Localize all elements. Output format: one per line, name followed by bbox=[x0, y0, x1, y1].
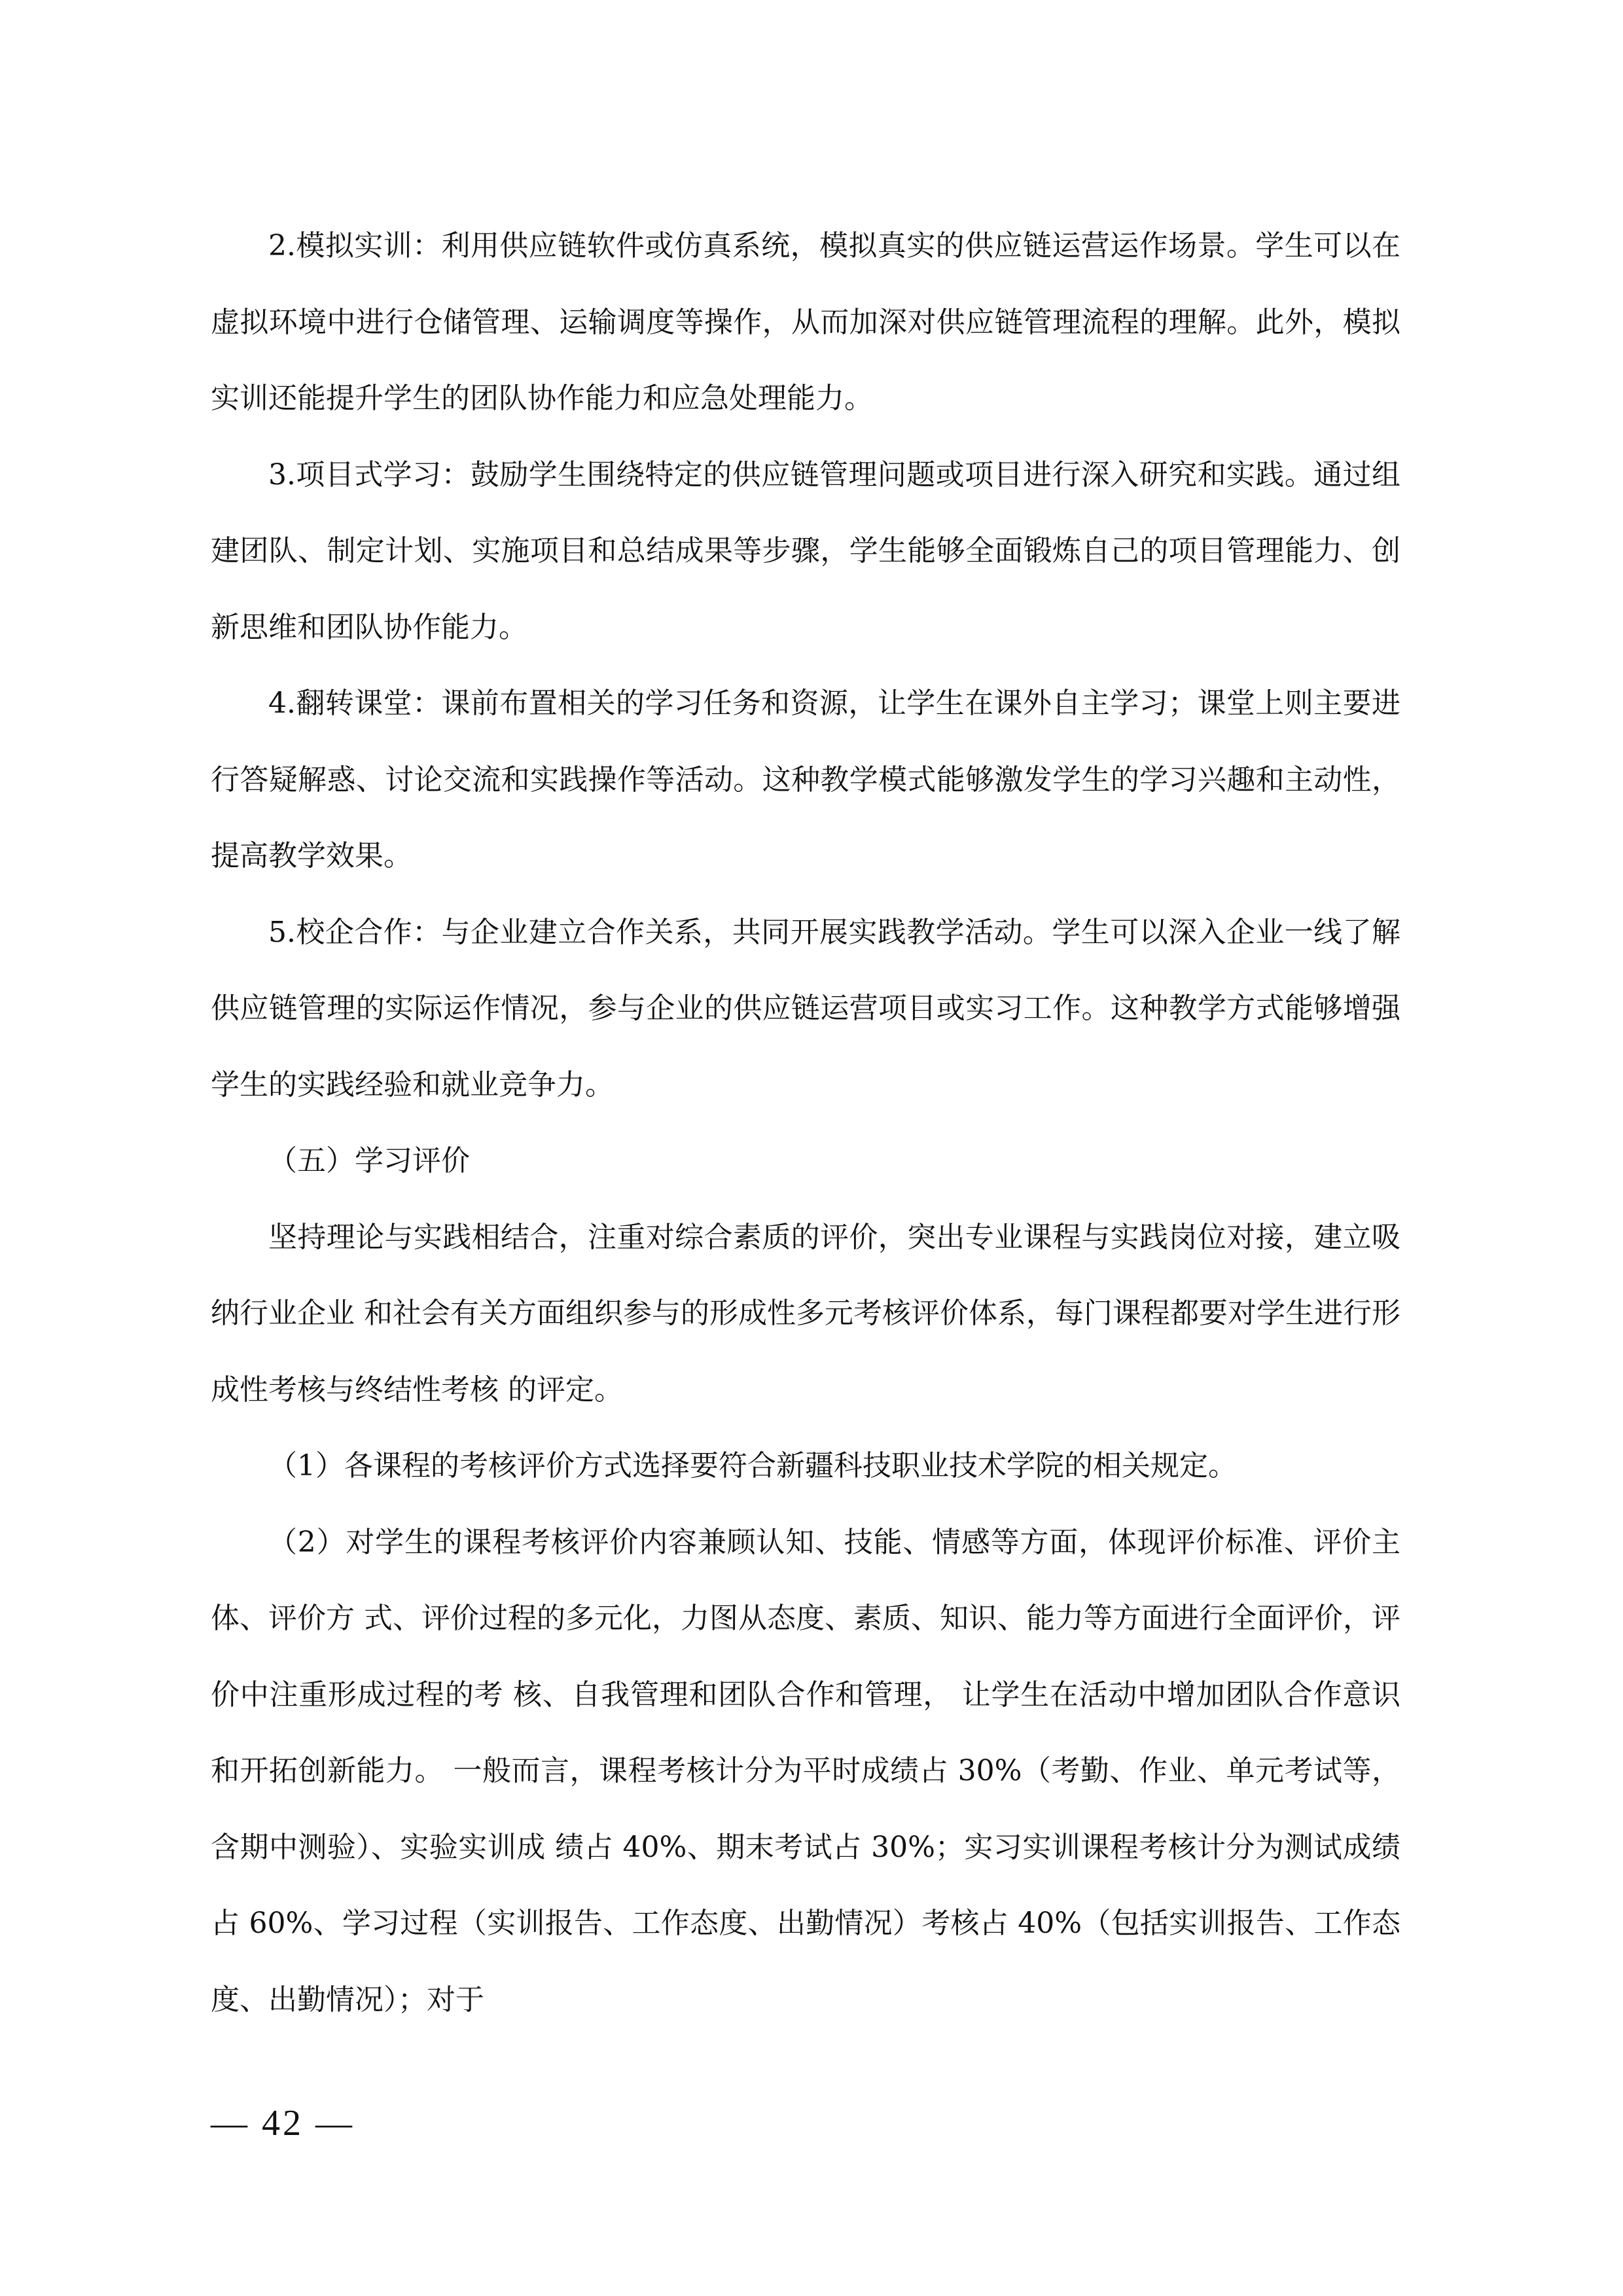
paragraph-simulation-training: 2.模拟实训：利用供应链软件或仿真系统，模拟真实的供应链运营运作场景。学生可以在… bbox=[211, 208, 1400, 437]
paragraph-flipped-classroom: 4.翻转课堂：课前布置相关的学习任务和资源，让学生在课外自主学习；课堂上则主要进… bbox=[211, 666, 1400, 895]
paragraph-project-based-learning: 3.项目式学习：鼓励学生围绕特定的供应链管理问题或项目进行深入研究和实践。通过组… bbox=[211, 437, 1400, 666]
document-body: 2.模拟实训：利用供应链软件或仿真系统，模拟真实的供应链运营运作场景。学生可以在… bbox=[211, 208, 1400, 2038]
paragraph-evaluation-rule-1: （1）各课程的考核评价方式选择要符合新疆科技职业技术学院的相关规定。 bbox=[211, 1428, 1400, 1505]
section-heading-learning-evaluation: （五）学习评价 bbox=[211, 1123, 1400, 1200]
paragraph-evaluation-rule-2: （2）对学生的课程考核评价内容兼顾认知、技能、情感等方面，体现评价标准、评价主体… bbox=[211, 1505, 1400, 2039]
page-number: — 42 — bbox=[211, 2102, 355, 2144]
paragraph-school-enterprise-cooperation: 5.校企合作：与企业建立合作关系，共同开展实践教学活动。学生可以深入企业一线了解… bbox=[211, 895, 1400, 1124]
paragraph-evaluation-principle: 坚持理论与实践相结合，注重对综合素质的评价，突出专业课程与实践岗位对接，建立吸纳… bbox=[211, 1200, 1400, 1429]
